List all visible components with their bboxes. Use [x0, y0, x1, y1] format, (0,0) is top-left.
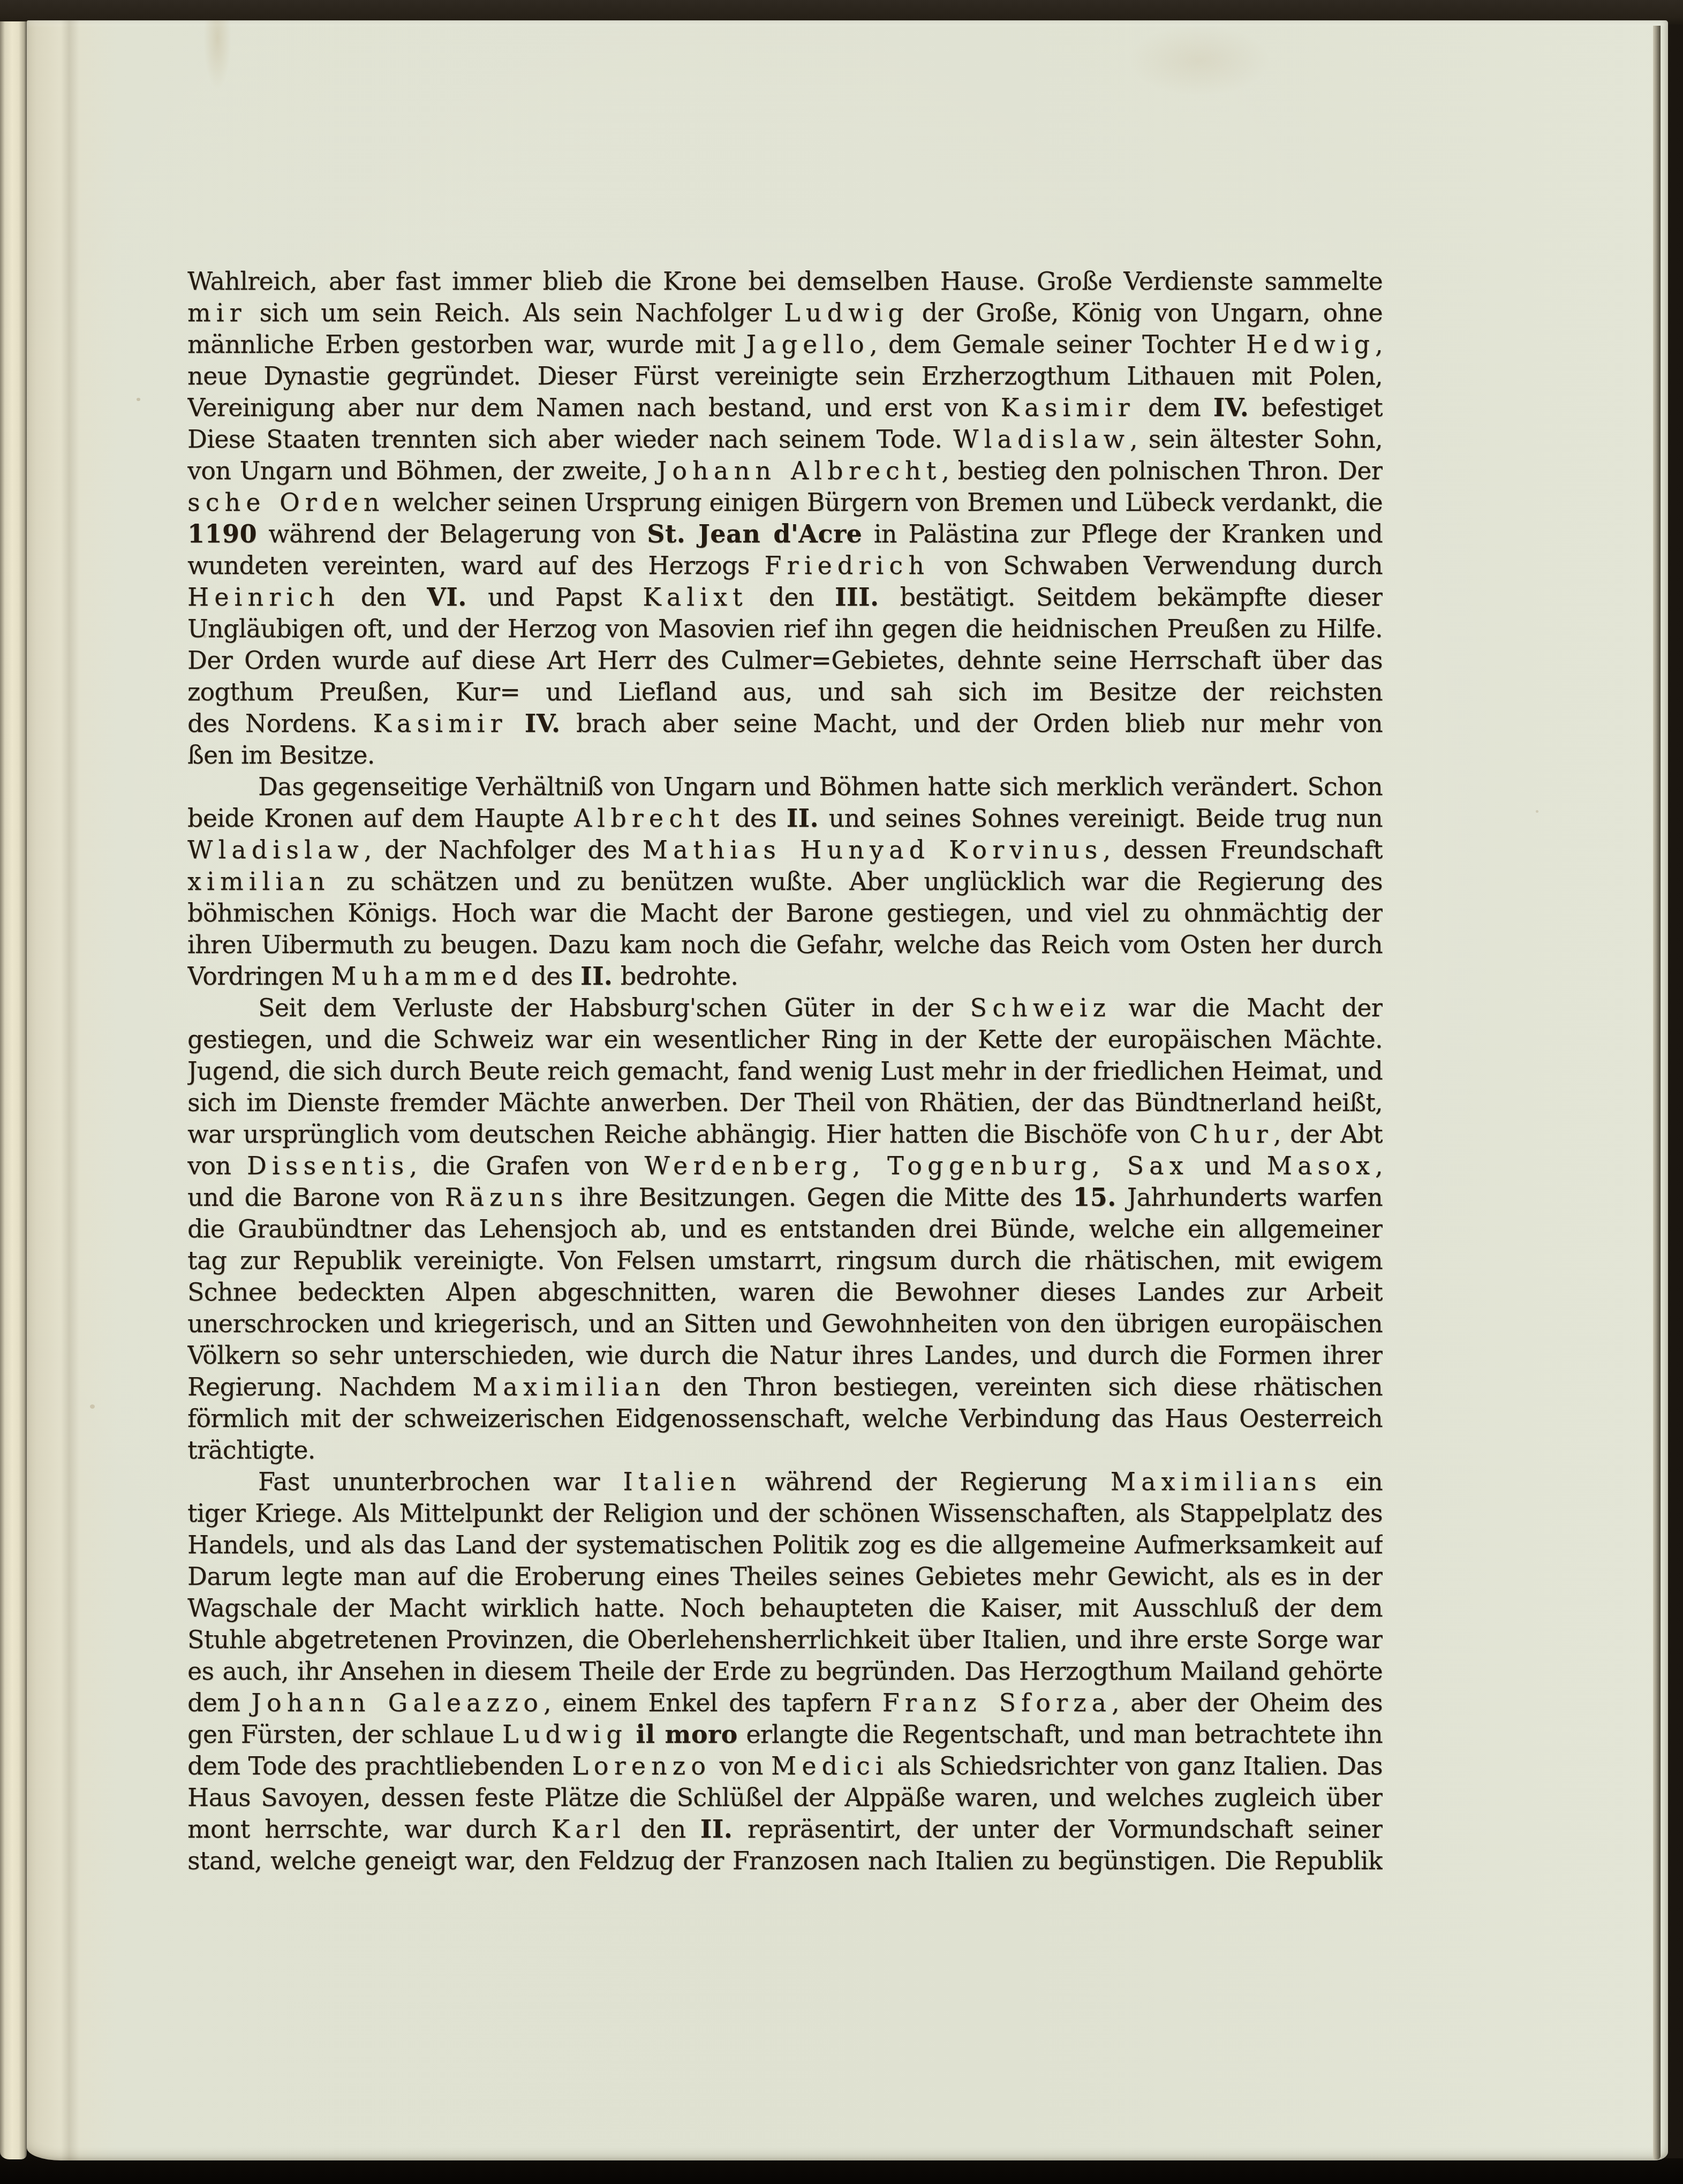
- text-line: tiger Kriege. Als Mittelpunkt der Religi…: [187, 1498, 1383, 1529]
- fraktur-text: und die Barone von: [187, 1183, 445, 1212]
- letterspaced-name: Friedrich: [765, 551, 930, 580]
- fraktur-text: tag zur Republik vereinigte. Von Felsen …: [187, 1246, 1383, 1275]
- text-line: beide Kronen auf dem Haupte Albrecht des…: [187, 803, 1383, 834]
- text-line: Das gegenseitige Verhältniß von Ungarn u…: [187, 771, 1383, 803]
- letterspaced-name: Muhammed: [331, 962, 523, 991]
- fraktur-text: wundeten vereinten, ward auf des Herzogs: [187, 551, 765, 580]
- fraktur-text: beide Kronen auf dem Haupte: [187, 804, 574, 833]
- fraktur-text: und Papst: [467, 583, 643, 611]
- text-line: mont herrschte, war durch Karl den II. r…: [187, 1813, 1383, 1845]
- fraktur-text: förmlich mit der schweizerischen Eidgeno…: [187, 1404, 1383, 1434]
- fraktur-text: von Ungarn und Böhmen, der zweite,: [187, 456, 657, 485]
- paper-stain: [203, 20, 231, 90]
- text-line: dem Tode des prachtliebenden Lorenzo von…: [187, 1750, 1383, 1782]
- fraktur-text: von: [187, 1151, 247, 1180]
- letterspaced-name: Heinrich: [187, 583, 340, 611]
- text-line: unerschrocken und kriegerisch, und an Si…: [187, 1308, 1383, 1340]
- text-line: Regierung. Nachdem Maximilian den Thron …: [187, 1371, 1383, 1403]
- fraktur-text: Völkern so sehr unterschieden, wie durch…: [187, 1341, 1383, 1370]
- fraktur-text: Fast ununterbrochen war: [258, 1467, 623, 1496]
- fraktur-text: unerschrocken und kriegerisch, und an Si…: [187, 1309, 1383, 1338]
- text-line: Der Orden wurde auf diese Art Herr des C…: [187, 645, 1383, 676]
- letterspaced-name: Albrecht: [574, 804, 724, 833]
- fraktur-text: den: [340, 583, 427, 611]
- text-line: Seit dem Verluste der Habsburg'schen Güt…: [187, 992, 1383, 1024]
- letterspaced-name: ximilian: [187, 867, 330, 896]
- fraktur-text: Stuhle abgetretenen Provinzen, die Oberl…: [187, 1625, 1383, 1654]
- fraktur-text: dem Tode des prachtliebenden: [187, 1751, 572, 1780]
- text-line: ximilian zu schätzen und zu benützen wuß…: [187, 866, 1383, 897]
- text-line: gestiegen, und die Schweiz war ein wesen…: [187, 1024, 1383, 1055]
- fraktur-text: Handels, und als das Land der systematis…: [187, 1530, 1383, 1561]
- fraktur-text: gestiegen, und die Schweiz war ein wesen…: [187, 1025, 1383, 1055]
- letterspaced-name: Jagello: [746, 330, 870, 359]
- text-line: Fast ununterbrochen war Italien während …: [187, 1466, 1383, 1498]
- foxing-speck: [1536, 810, 1538, 813]
- fraktur-text: die Graubündtner das Lehensjoch ab, und …: [187, 1214, 1383, 1245]
- letterspaced-name: Werdenberg, Toggenburg, Sax: [644, 1151, 1188, 1180]
- text-line: wundeten vereinten, ward auf des Herzogs…: [187, 550, 1383, 581]
- letterspaced-name: Masox: [1267, 1151, 1375, 1180]
- letterspaced-name: Schweiz: [970, 993, 1111, 1022]
- letterspaced-name: Kasimir: [1001, 393, 1135, 422]
- text-line: männliche Erben gestorben war, wurde mit…: [187, 329, 1383, 360]
- text-line: und die Barone von Räzuns ihre Besitzung…: [187, 1182, 1383, 1213]
- fraktur-text: Jugend, die sich durch Beute reich gemac…: [187, 1056, 1383, 1087]
- fraktur-text: als Schiedsrichter von ganz Italien. Das: [889, 1751, 1383, 1780]
- antiqua-text: 15.: [1073, 1183, 1116, 1212]
- fraktur-text: gen Fürsten, der schlaue: [187, 1720, 502, 1749]
- fraktur-text: des: [724, 804, 786, 833]
- fraktur-text: Schnee bedeckten Alpen abgeschnitten, wa…: [187, 1278, 1383, 1308]
- text-line: Handels, und als das Land der systematis…: [187, 1529, 1383, 1561]
- adjacent-page-fore-edge: [0, 21, 27, 2159]
- fraktur-text: , die Grafen von: [409, 1151, 644, 1180]
- fraktur-text: und seines Sohnes vereinigt. Beide trug …: [819, 804, 1383, 833]
- text-line: des Nordens. Kasimir IV. brach aber sein…: [187, 708, 1383, 739]
- text-line: Diese Staaten trennten sich aber wieder …: [187, 424, 1383, 455]
- scan-background-bottom: [0, 2158, 1683, 2184]
- letterspaced-name: Mathias Hunyad Korvinus: [643, 835, 1103, 864]
- fraktur-text: Regierung. Nachdem: [187, 1372, 472, 1401]
- text-line: die Graubündtner das Lehensjoch ab, und …: [187, 1213, 1383, 1245]
- letterspaced-name: Karl: [552, 1815, 626, 1843]
- text-line: sich im Dienste fremder Mächte anwerben.…: [187, 1087, 1383, 1119]
- fraktur-text: Diese Staaten trennten sich aber wieder …: [187, 425, 953, 454]
- fraktur-text: Vordringen: [187, 962, 331, 991]
- fraktur-text: sich im Dienste fremder Mächte anwerben.…: [187, 1088, 1383, 1117]
- fraktur-text: den: [626, 1815, 700, 1843]
- letterspaced-name: mir: [187, 298, 247, 327]
- fraktur-text: und: [1189, 1151, 1267, 1180]
- text-line: sche Orden welcher seinen Ursprung einig…: [187, 487, 1383, 518]
- fraktur-text: des: [523, 962, 580, 991]
- fraktur-text: Der Orden wurde auf diese Art Herr des C…: [187, 646, 1383, 676]
- letterspaced-name: Ludwig: [502, 1720, 628, 1749]
- letterspaced-name: Lorenzo: [572, 1751, 711, 1780]
- text-line: es auch, ihr Ansehen in diesem Theile de…: [187, 1656, 1383, 1687]
- fraktur-text: trächtigte.: [187, 1435, 315, 1464]
- text-line: Vordringen Muhammed des II. bedrohte.: [187, 961, 1383, 992]
- fraktur-text: dem: [187, 1688, 251, 1717]
- antiqua-text: St. Jean d'Acre: [647, 519, 862, 548]
- antiqua-text: II.: [580, 962, 613, 991]
- fraktur-text: der Große, König von Ungarn, ohne: [909, 298, 1383, 327]
- fraktur-text: Jahrhunderts warfen: [1116, 1183, 1383, 1212]
- text-line: neue Dynastie gegründet. Dieser Fürst ve…: [187, 360, 1383, 392]
- text-line: Wahlreich, aber fast immer blieb die Kro…: [187, 266, 1383, 297]
- text-line: Völkern so sehr unterschieden, wie durch…: [187, 1340, 1383, 1371]
- text-line: Wladislaw, der Nachfolger des Mathias Hu…: [187, 834, 1383, 866]
- text-line: von Dissentis, die Grafen von Werdenberg…: [187, 1150, 1383, 1182]
- fraktur-text: während der Belagerung von: [257, 519, 647, 548]
- text-line: trächtigte.: [187, 1434, 1383, 1466]
- text-line: ßen im Besitze.: [187, 739, 1383, 771]
- antiqua-text: VI.: [427, 583, 467, 611]
- antiqua-text: II.: [787, 804, 819, 833]
- foxing-speck: [90, 1404, 95, 1409]
- page-right-edge: [1653, 26, 1661, 2159]
- text-line: von Ungarn und Böhmen, der zweite, Johan…: [187, 455, 1383, 487]
- text-line: tag zur Republik vereinigte. Von Felsen …: [187, 1245, 1383, 1276]
- letterspaced-name: sche Orden: [187, 488, 385, 517]
- letterspaced-name: Kalixt: [643, 583, 748, 611]
- fraktur-text: ihre Besitzungen. Gegen die Mitte des: [569, 1183, 1073, 1212]
- text-line: Wagschale der Macht wirklich hatte. Noch…: [187, 1592, 1383, 1624]
- fraktur-text: stand, welche geneigt war, den Feldzug d…: [187, 1846, 1383, 1875]
- fraktur-text: von: [711, 1751, 771, 1780]
- fraktur-text: ihren Uibermuth zu beugen. Dazu kam noch…: [187, 930, 1383, 961]
- fraktur-text: zogthum Preußen, Kur= und Liefland aus, …: [187, 677, 1383, 708]
- fraktur-text: , der Nachfolger des: [364, 835, 643, 864]
- text-line: war ursprünglich vom deutschen Reiche ab…: [187, 1119, 1383, 1150]
- fraktur-text: den: [748, 583, 835, 611]
- gutter-crease-shadow: [61, 20, 79, 2160]
- text-line: Ungläubigen oft, und der Herzog von Maso…: [187, 613, 1383, 645]
- fraktur-text: , dessen Freundschaft: [1103, 835, 1383, 864]
- fraktur-text: Das gegenseitige Verhältniß von Ungarn u…: [187, 772, 1383, 803]
- letterspaced-name: Dissentis: [247, 1151, 410, 1180]
- letterspaced-name: Franz Sforza: [882, 1688, 1112, 1717]
- fraktur-text: Wahlreich, aber fast immer blieb die Kro…: [187, 267, 1383, 296]
- letterspaced-name: Johann Albrecht: [657, 456, 942, 485]
- text-line: förmlich mit der schweizerischen Eidgeno…: [187, 1403, 1383, 1434]
- fraktur-text: Seit dem Verluste der Habsburg'schen Güt…: [258, 993, 970, 1022]
- antiqua-text: IV.: [1213, 393, 1249, 422]
- letterspaced-name: Italien: [623, 1467, 741, 1496]
- fraktur-text: war ursprünglich vom deutschen Reiche ab…: [187, 1120, 1189, 1148]
- text-line: Haus Savoyen, dessen feste Plätze die Sc…: [187, 1782, 1383, 1813]
- letterspaced-name: Maximilians: [1111, 1467, 1322, 1496]
- letterspaced-name: Hedwig: [1246, 330, 1375, 359]
- fraktur-text: männliche Erben gestorben war, wurde mit: [187, 330, 746, 359]
- antiqua-text: 1190: [187, 519, 257, 548]
- fraktur-text: , dem Gemale seiner Tochter: [870, 330, 1246, 359]
- scanned-book-page: { "scan": { "description": "Scanned page…: [0, 0, 1683, 2184]
- foxing-speck: [137, 398, 140, 401]
- letterspaced-name: Kasimir: [373, 709, 507, 738]
- antiqua-text: il moro: [636, 1720, 738, 1749]
- text-line: Stuhle abgetretenen Provinzen, die Oberl…: [187, 1624, 1383, 1656]
- antiqua-text: III.: [835, 583, 879, 611]
- fraktur-text: Darum legte man auf die Eroberung eines …: [187, 1562, 1383, 1591]
- fraktur-text: [628, 1720, 636, 1749]
- letterspaced-name: Chur: [1189, 1120, 1273, 1148]
- text-line: gen Fürsten, der schlaue Ludwig il moro …: [187, 1719, 1383, 1750]
- letterspaced-name: Medici: [771, 1751, 889, 1780]
- antiqua-text: IV.: [508, 709, 561, 738]
- antiqua-text: II.: [700, 1815, 733, 1843]
- fraktur-text: sich um sein Reich. Als sein Nachfolger: [247, 298, 784, 327]
- fraktur-text: Vereinigung aber nur dem Namen nach best…: [187, 393, 1001, 422]
- fraktur-text: ßen im Besitze.: [187, 740, 375, 769]
- text-line: böhmischen Königs. Hoch war die Macht de…: [187, 897, 1383, 929]
- text-line: zogthum Preußen, Kur= und Liefland aus, …: [187, 676, 1383, 708]
- text-line: 1190 während der Belagerung von St. Jean…: [187, 518, 1383, 550]
- fraktur-text: , der Abt: [1273, 1120, 1383, 1148]
- letterspaced-name: Wladislaw: [953, 425, 1130, 454]
- fraktur-text: , bestieg den polnischen Thron. Der: [941, 456, 1383, 485]
- text-line: Darum legte man auf die Eroberung eines …: [187, 1561, 1383, 1592]
- book-page: Wahlreich, aber fast immer blieb die Kro…: [27, 20, 1668, 2160]
- text-line: mir sich um sein Reich. Als sein Nachfol…: [187, 297, 1383, 329]
- letterspaced-name: Wladislaw: [187, 835, 364, 864]
- fraktur-text: neue Dynastie gegründet. Dieser Fürst ve…: [187, 361, 1383, 392]
- fraktur-text: während der Regierung: [742, 1467, 1111, 1496]
- fraktur-text: ,: [1375, 1151, 1383, 1180]
- fraktur-text: böhmischen Königs. Hoch war die Macht de…: [187, 898, 1383, 929]
- letterspaced-name: Johann Galeazzo: [251, 1688, 544, 1717]
- fraktur-text: Haus Savoyen, dessen feste Plätze die Sc…: [187, 1783, 1383, 1813]
- fraktur-text: , einem Enkel des tapfern: [544, 1688, 882, 1717]
- fraktur-text: tiger Kriege. Als Mittelpunkt der Religi…: [187, 1499, 1383, 1528]
- fraktur-text: bedrohte.: [613, 962, 738, 991]
- fraktur-text: des Nordens.: [187, 709, 373, 738]
- letterspaced-name: Räzuns: [445, 1183, 569, 1212]
- fraktur-text: zu schätzen und zu benützen wußte. Aber …: [187, 867, 1383, 897]
- letterspaced-name: Ludwig: [784, 298, 909, 327]
- text-line: stand, welche geneigt war, den Feldzug d…: [187, 1845, 1383, 1877]
- fraktur-text: es auch, ihr Ansehen in diesem Theile de…: [187, 1657, 1383, 1686]
- fraktur-text: mont herrschte, war durch: [187, 1815, 552, 1843]
- paper-stain: [1130, 26, 1269, 95]
- text-line: ihren Uibermuth zu beugen. Dazu kam noch…: [187, 929, 1383, 961]
- letterspaced-name: Maximilian: [472, 1372, 666, 1401]
- text-line: Heinrich den VI. und Papst Kalixt den II…: [187, 581, 1383, 613]
- text-line: dem Johann Galeazzo, einem Enkel des tap…: [187, 1687, 1383, 1719]
- fraktur-text: dem: [1135, 393, 1213, 422]
- text-block: Wahlreich, aber fast immer blieb die Kro…: [187, 266, 1383, 1877]
- fraktur-text: Ungläubigen oft, und der Herzog von Maso…: [187, 614, 1383, 643]
- text-line: Jugend, die sich durch Beute reich gemac…: [187, 1055, 1383, 1087]
- text-line: Vereinigung aber nur dem Namen nach best…: [187, 392, 1383, 424]
- fraktur-text: Wagschale der Macht wirklich hatte. Noch…: [187, 1593, 1383, 1624]
- text-line: Schnee bedeckten Alpen abgeschnitten, wa…: [187, 1276, 1383, 1308]
